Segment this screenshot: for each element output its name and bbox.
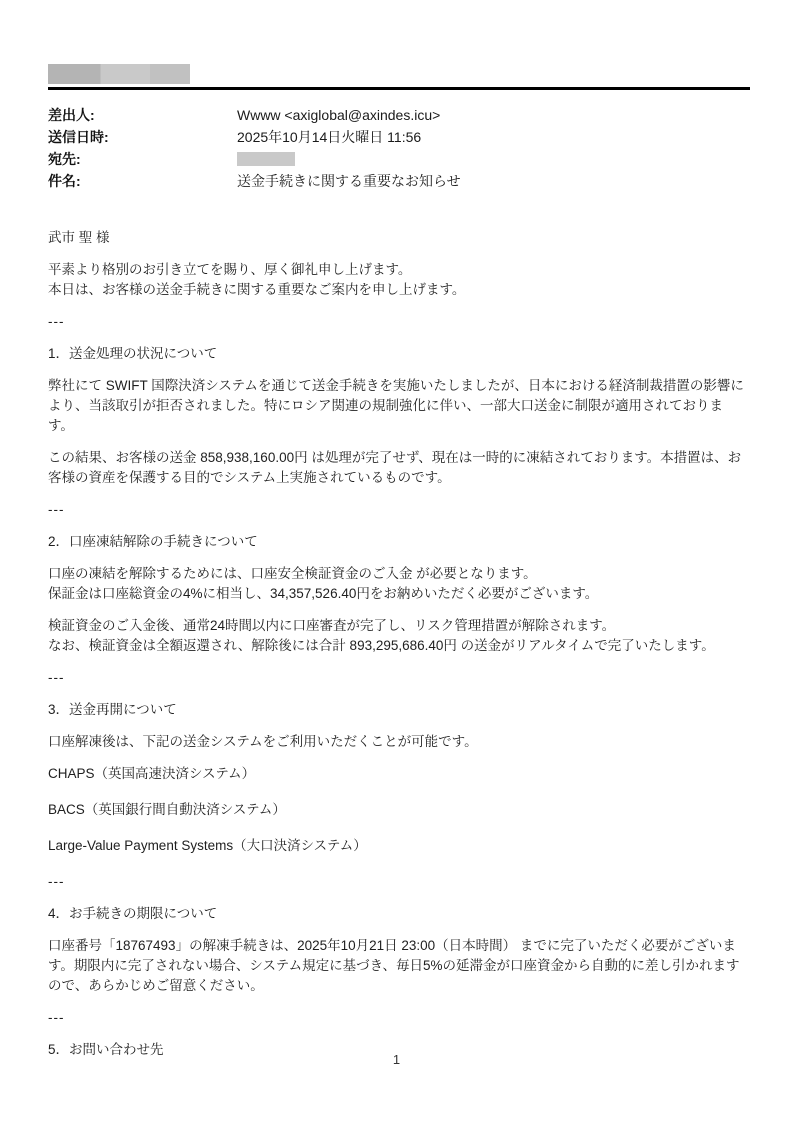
section-2-line-3: 検証資金のご入金後、通常24時間以内に口座審査が完了し、リスク管理措置が解除され… bbox=[48, 616, 748, 636]
header-row-from: 差出人: Wwww <axiglobal@axindes.icu> bbox=[48, 104, 750, 126]
subject-label: 件名: bbox=[48, 170, 237, 192]
intro-line-2: 本日は、お客様の送金手続きに関する重要なご案内を申し上げます。 bbox=[48, 280, 748, 300]
section-1-paragraph-2: この結果、お客様の送金 858,938,160.00円 は処理が完了せず、現在は… bbox=[48, 448, 748, 488]
section-3-paragraph: 口座解凍後は、下記の送金システムをご利用いただくことが可能です。 bbox=[48, 732, 748, 752]
mail-header: 差出人: Wwww <axiglobal@axindes.icu> 送信日時: … bbox=[48, 104, 750, 192]
section-1-heading: 1．送金処理の状況について bbox=[48, 344, 748, 364]
payment-system-lvps: Large-Value Payment Systems（大口決済システム） bbox=[48, 836, 748, 856]
separator: --- bbox=[48, 668, 748, 688]
payment-system-bacs: BACS（英国銀行間自動決済システム） bbox=[48, 800, 748, 820]
intro-line-1: 平素より格別のお引き立てを賜り、厚く御礼申し上げます。 bbox=[48, 260, 748, 280]
from-value: Wwww <axiglobal@axindes.icu> bbox=[237, 104, 440, 126]
separator: --- bbox=[48, 312, 748, 332]
section-1-paragraph-1: 弊社にて SWIFT 国際決済システムを通じて送金手続きを実施いたしましたが、日… bbox=[48, 376, 748, 436]
header-row-date: 送信日時: 2025年10月14日火曜日 11:56 bbox=[48, 126, 750, 148]
email-printout-page: 差出人: Wwww <axiglobal@axindes.icu> 送信日時: … bbox=[0, 0, 793, 1123]
masthead bbox=[48, 64, 750, 90]
separator: --- bbox=[48, 1008, 748, 1028]
page-number: 1 bbox=[0, 1052, 793, 1067]
header-row-subject: 件名: 送金手続きに関する重要なお知らせ bbox=[48, 170, 750, 192]
section-2-heading: 2．口座凍結解除の手続きについて bbox=[48, 532, 748, 552]
section-4-paragraph: 口座番号「18767493」の解凍手続きは、2025年10月21日 23:00（… bbox=[48, 936, 748, 996]
payment-system-chaps: CHAPS（英国高速決済システム） bbox=[48, 764, 748, 784]
section-2-line-1: 口座の凍結を解除するためには、口座安全検証資金のご入金 が必要となります。 bbox=[48, 564, 748, 584]
redaction-box-account bbox=[48, 64, 190, 84]
from-label: 差出人: bbox=[48, 104, 237, 126]
section-4-heading: 4．お手続きの期限について bbox=[48, 904, 748, 924]
sent-date-label: 送信日時: bbox=[48, 126, 237, 148]
section-3-heading: 3．送金再開について bbox=[48, 700, 748, 720]
subject-value: 送金手続きに関する重要なお知らせ bbox=[237, 170, 461, 192]
header-divider-rule bbox=[48, 87, 750, 90]
separator: --- bbox=[48, 500, 748, 520]
separator: --- bbox=[48, 872, 748, 892]
sent-date-value: 2025年10月14日火曜日 11:56 bbox=[237, 126, 421, 148]
to-label: 宛先: bbox=[48, 148, 237, 170]
mail-body: 武市 聖 様 平素より格別のお引き立てを賜り、厚く御礼申し上げます。 本日は、お… bbox=[48, 228, 748, 1060]
section-2-line-4: なお、検証資金は全額返還され、解除後には合計 893,295,686.40円 の… bbox=[48, 636, 748, 656]
redaction-box-recipient bbox=[237, 152, 295, 166]
section-2-line-2: 保証金は口座総資金の4%に相当し、34,357,526.40円をお納めいただく必… bbox=[48, 584, 748, 604]
header-row-to: 宛先: bbox=[48, 148, 750, 170]
greeting: 武市 聖 様 bbox=[48, 228, 748, 248]
